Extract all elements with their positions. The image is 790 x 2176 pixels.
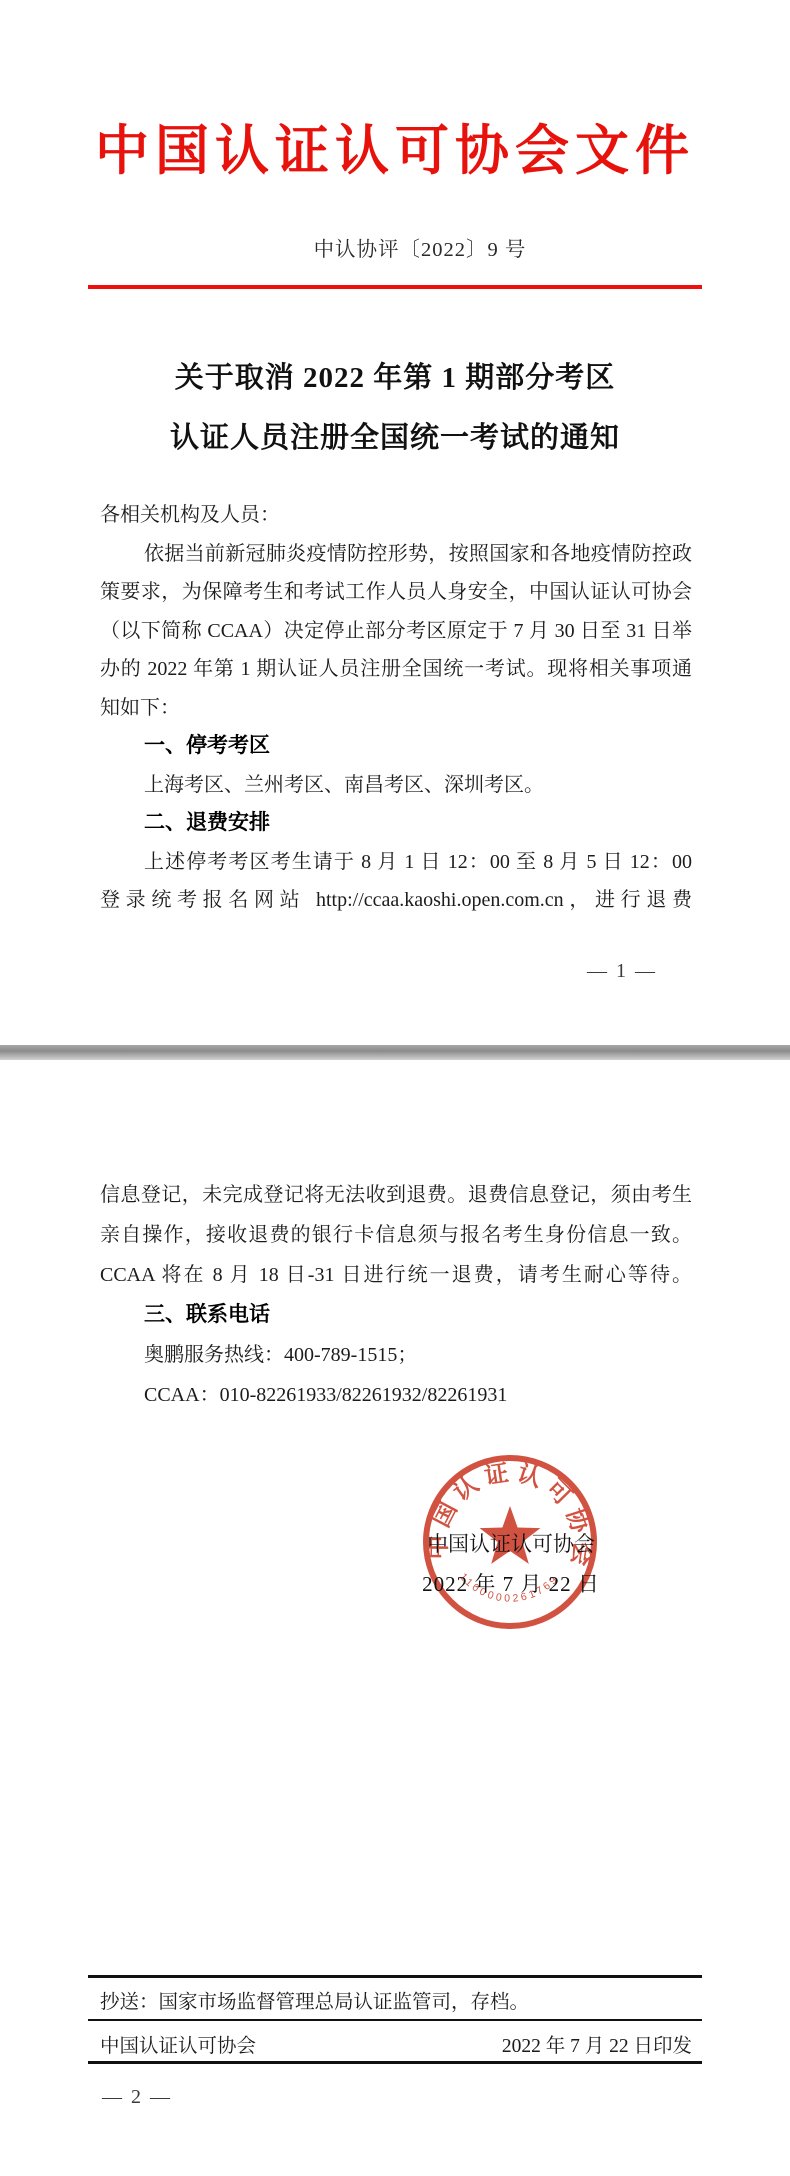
body-line: 信息登记，未完成登记将无法收到退费。退费信息登记，须由考生 [100,1180,692,1210]
signature-organization: 中国认证认可协会 [391,1528,631,1558]
body-line: 办的 2022 年第 1 期认证人员注册全国统一考试。现将相关事项通 [100,654,692,684]
section1-body: 上海考区、兰州考区、南昌考区、深圳考区。 [100,770,692,800]
page-break-divider [0,1045,790,1060]
notice-title-line2: 认证人员注册全国统一考试的通知 [0,415,790,456]
section3-heading: 三、联系电话 [100,1300,692,1330]
contact-line: CCAA：010-82261933/82261932/82261931 [100,1380,692,1410]
salutation: 各相关机构及人员： [100,500,692,530]
footer-cc-line: 抄送：国家市场监督管理总局认证监管司，存档。 [100,1986,529,2014]
body-line: 策要求，为保障考生和考试工作人员人身安全，中国认证认可协会 [100,577,692,607]
footer-rule-middle [88,2019,702,2021]
page2-number: — 2 — [102,2086,172,2109]
body-line: 依据当前新冠肺炎疫情防控形势，按照国家和各地疫情防控政 [100,539,692,569]
body-line: 登录统考报名网站 http://ccaa.kaoshi.open.com.cn，… [100,885,692,915]
notice-title-line1: 关于取消 2022 年第 1 期部分考区 [0,355,790,396]
body-line: CCAA 将在 8 月 18 日-31 日进行统一退费，请考生耐心等待。 [100,1260,692,1290]
section1-heading: 一、停考考区 [100,731,692,761]
body-line: （以下简称 CCAA）决定停止部分考区原定于 7 月 30 日至 31 日举 [100,616,692,646]
section2-heading: 二、退费安排 [100,808,692,838]
body-line: 上述停考考区考生请于 8 月 1 日 12：00 至 8 月 5 日 12：00 [100,847,692,877]
red-separator-rule [88,285,702,289]
body-line: 知如下： [100,693,692,723]
document-sheet: 中国认证认可协会文件 中认协评〔2022〕9 号 关于取消 2022 年第 1 … [0,0,790,2176]
body-line: 亲自操作，接收退费的银行卡信息须与报名考生身份信息一致。 [100,1220,692,1250]
contact-line: 奥鹏服务热线：400-789-1515； [100,1340,692,1370]
document-number: 中认协评〔2022〕9 号 [100,232,740,262]
footer-issuer: 中国认证认可协会 [100,2030,256,2058]
footer-print-date: 2022 年 7 月 22 日印发 [392,2030,692,2058]
page1-number: — 1 — [522,960,722,983]
footer-rule-bottom [88,2061,702,2064]
signature-date: 2022 年 7 月 22 日 [391,1568,631,1598]
footer-rule-top [88,1975,702,1978]
masthead-title: 中国认证认可协会文件 [8,108,782,185]
